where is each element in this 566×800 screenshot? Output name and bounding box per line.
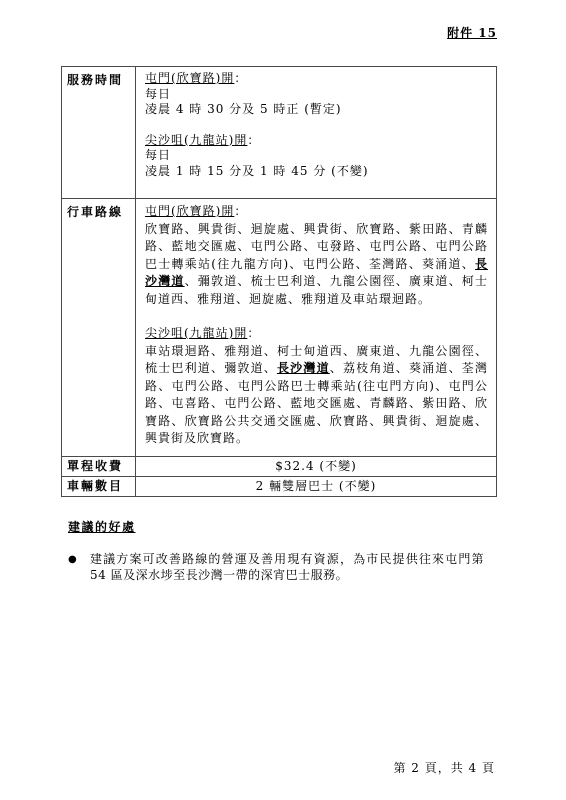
row-label-vehicles: 車輛數目 [62,476,136,496]
table-row-route: 行車路線 屯門(欣寶路)開： 欣寶路、興貴街、迴旋處、興貴街、欣寶路、紫田路、青… [62,199,497,457]
route-cell: 屯門(欣寶路)開： 欣寶路、興貴街、迴旋處、興貴街、欣寶路、紫田路、青麟路、藍地… [136,199,497,457]
service-times: 凌晨 1 時 15 分及 1 時 45 分 (不變) [145,164,488,180]
appendix-label: 附件 15 [447,24,497,41]
route-segment: 、彌敦道、梳士巴利道、九龍公園徑、廣東道、柯士甸道西、雅翔道、迴旋處、雅翔道及車… [145,274,488,306]
row-label-fare: 單程收費 [62,456,136,476]
service-frequency: 每日 [145,148,488,164]
page-footer: 第 2 頁，共 4 頁 [393,759,495,776]
service-times: 凌晨 4 時 30 分及 5 時正 (暫定) [145,102,488,118]
benefit-text: 建議方案可改善路線的營運及善用現有資源，為市民提供往來屯門第 54 區及深水埗至… [90,552,484,583]
row-label-service-hours: 服務時間 [62,67,136,199]
document-page: 附件 15 服務時間 屯門(欣寶路)開： 每日 凌晨 4 時 30 分及 5 時… [0,0,566,800]
terminus-heading-tuen-mun: 屯門(欣寶路)開： [145,203,488,221]
route-text-outbound: 欣寶路、興貴街、迴旋處、興貴街、欣寶路、紫田路、青麟路、藍地交匯處、屯門公路、屯… [145,221,488,309]
table-row-fare: 單程收費 $32.4 (不變) [62,456,497,476]
block-gap [145,308,488,325]
street-name-highlight: 長沙灣道 [277,361,330,375]
table-row-vehicles: 車輛數目 2 輛雙層巴士 (不變) [62,476,497,496]
benefits-section: 建議的好處 ● 建議方案可改善路線的營運及善用現有資源，為市民提供往來屯門第 5… [68,518,497,583]
route-text-inbound: 車站環迴路、雅翔道、柯士甸道西、廣東道、九龍公園徑、梳士巴利道、彌敦道、長沙灣道… [145,343,488,448]
bullet-icon: ● [68,552,90,568]
block-gap [145,118,488,133]
terminus-heading-tuen-mun: 屯門(欣寶路)開： [145,71,488,87]
benefit-item: ● 建議方案可改善路線的營運及善用現有資源，為市民提供往來屯門第 54 區及深水… [68,552,497,583]
fare-value: $32.4 (不變) [136,456,497,476]
terminus-heading-tsim-sha-tsui: 尖沙咀(九龍站)開： [145,133,488,149]
benefits-heading: 建議的好處 [68,518,497,535]
route-info-table: 服務時間 屯門(欣寶路)開： 每日 凌晨 4 時 30 分及 5 時正 (暫定)… [61,66,497,497]
vehicle-count-value: 2 輛雙層巴士 (不變) [136,476,497,496]
table-row-service-hours: 服務時間 屯門(欣寶路)開： 每日 凌晨 4 時 30 分及 5 時正 (暫定)… [62,67,497,199]
row-label-route: 行車路線 [62,199,136,457]
route-segment: 欣寶路、興貴街、迴旋處、興貴街、欣寶路、紫田路、青麟路、藍地交匯處、屯門公路、屯… [145,222,488,271]
service-frequency: 每日 [145,87,488,103]
service-hours-cell: 屯門(欣寶路)開： 每日 凌晨 4 時 30 分及 5 時正 (暫定) 尖沙咀(… [136,67,497,199]
terminus-heading-tsim-sha-tsui: 尖沙咀(九龍站)開： [145,325,488,343]
